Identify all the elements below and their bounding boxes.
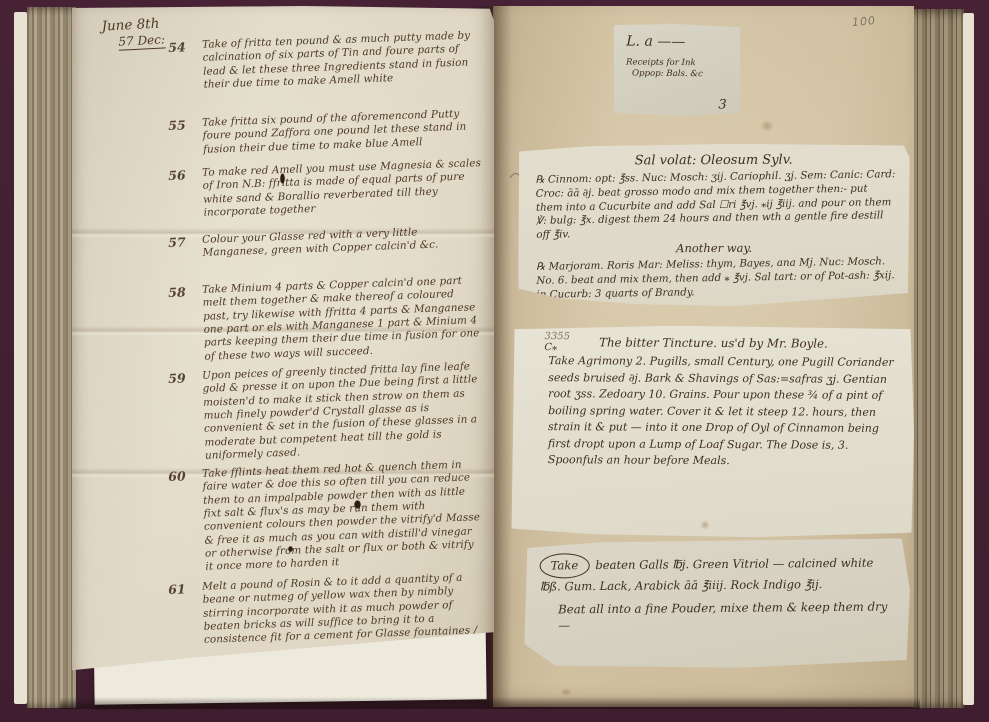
- recipe-body: beaten Galls ℔j. Green Vitriol — calcine…: [540, 556, 874, 594]
- bitter-tincture-slip: 3355 C⁎ The bitter Tincture. us'd by Mr.…: [511, 325, 914, 539]
- manuscript-entry-54: 54 Take of fritta ten pound & as much pu…: [168, 29, 486, 93]
- left-page-stack-edge: [27, 7, 76, 708]
- manuscript-entry-58: 58 Take Minium 4 parts & Copper calcin'd…: [168, 274, 487, 365]
- entry-number: 57: [168, 234, 195, 262]
- entry-text: Take of fritta ten pound & as much putty…: [202, 29, 484, 92]
- left-endpaper-edge: [14, 12, 27, 704]
- entry-text: Take fflints heat them red hot & quench …: [202, 458, 486, 574]
- entry-text: Take fritta six pound of the aforemencon…: [202, 107, 483, 157]
- recipe-first-line: Takebeaten Galls ℔j. Green Vitriol — cal…: [540, 550, 896, 595]
- entry-text: Melt a pound of Rosin & to it add a quan…: [202, 571, 484, 647]
- entry-date-header: June 8th 57 Dec:: [101, 15, 165, 51]
- entry-text: To make red Amell you must use Magnesia …: [202, 157, 484, 220]
- recipe-title: The bitter Tincture. us'd by Mr. Boyle.: [512, 335, 914, 351]
- recipe-body: Take Agrimony 2. Pugills, small Century,…: [548, 353, 899, 470]
- foxing-spot: [560, 688, 572, 696]
- manuscript-entry-60: 60 Take fflints heat them red hot & quen…: [168, 458, 488, 575]
- folio-number: 100: [851, 14, 876, 29]
- open-book-photograph: 100 June 8th 57 Dec: 54 Take of fritta t…: [0, 0, 989, 722]
- entry-number: 56: [168, 167, 196, 221]
- sal-volat-slip: Sal volat: Oleosum Sylv. ℞ Cinnom: opt: …: [518, 143, 911, 308]
- right-page-stack-edge: [912, 9, 964, 708]
- ink-blot: [280, 173, 285, 184]
- entry-number: 61: [168, 581, 196, 648]
- label-slip: L. a —— Receipts for Ink Oppop: Bals. &c…: [612, 23, 742, 116]
- manuscript-entry-56: 56 To make red Amell you must use Magnes…: [168, 157, 486, 221]
- manuscript-entry-55: 55 Take fritta six pound of the aforemen…: [168, 107, 485, 158]
- recipe-title: Sal volat: Oleosum Sylv.: [518, 152, 910, 169]
- manuscript-page-left: June 8th 57 Dec: 54 Take of fritta ten p…: [72, 6, 494, 688]
- ink-blot: [288, 546, 293, 552]
- circled-word: Take: [540, 553, 590, 578]
- entry-number: 55: [168, 117, 195, 158]
- recipe-body: ℞ Cinnom: opt: ℥ss. Nuc: Mosch: ʒij. Car…: [535, 168, 896, 243]
- ink-blot: [354, 500, 361, 509]
- ink-flourish: 3: [718, 97, 726, 112]
- entry-number: 60: [168, 468, 198, 575]
- entry-number: 59: [168, 370, 197, 464]
- entry-text: Upon peices of greenly tincted fritta la…: [202, 360, 485, 463]
- label-slip-line3: Oppop: Bals. &c: [632, 69, 741, 80]
- galls-ink-slip: Takebeaten Galls ℔j. Green Vitriol — cal…: [523, 538, 910, 669]
- foxing-spot: [760, 120, 774, 132]
- right-endpaper-edge: [963, 13, 974, 705]
- manuscript-entry-59: 59 Upon peices of greenly tincted fritta…: [168, 360, 487, 464]
- entry-number: 58: [168, 284, 197, 365]
- recipe-subtitle: Another way.: [518, 240, 910, 256]
- recipe-body-2: ℞ Marjoram. Roris Mar: Meliss: thym, Bay…: [536, 255, 897, 302]
- tincture-margin-marks: 3355 C⁎: [544, 331, 570, 353]
- recipe-body-2: Beat all into a fine Pouder, mixe them &…: [558, 598, 890, 634]
- year-text: 57 Dec:: [118, 33, 165, 51]
- foxing-spot: [700, 520, 710, 530]
- tincture-number: 3355: [544, 331, 570, 342]
- tincture-letter: C⁎: [544, 342, 557, 353]
- book-bottom-shadow: [60, 697, 920, 709]
- entry-text: Take Minium 4 parts & Copper calcin'd on…: [202, 274, 485, 364]
- label-slip-title: L. a ——: [626, 33, 741, 50]
- entry-number: 54: [168, 39, 196, 93]
- date-text: June 8th: [101, 16, 160, 35]
- label-slip-line2: Receipts for Ink: [626, 57, 741, 68]
